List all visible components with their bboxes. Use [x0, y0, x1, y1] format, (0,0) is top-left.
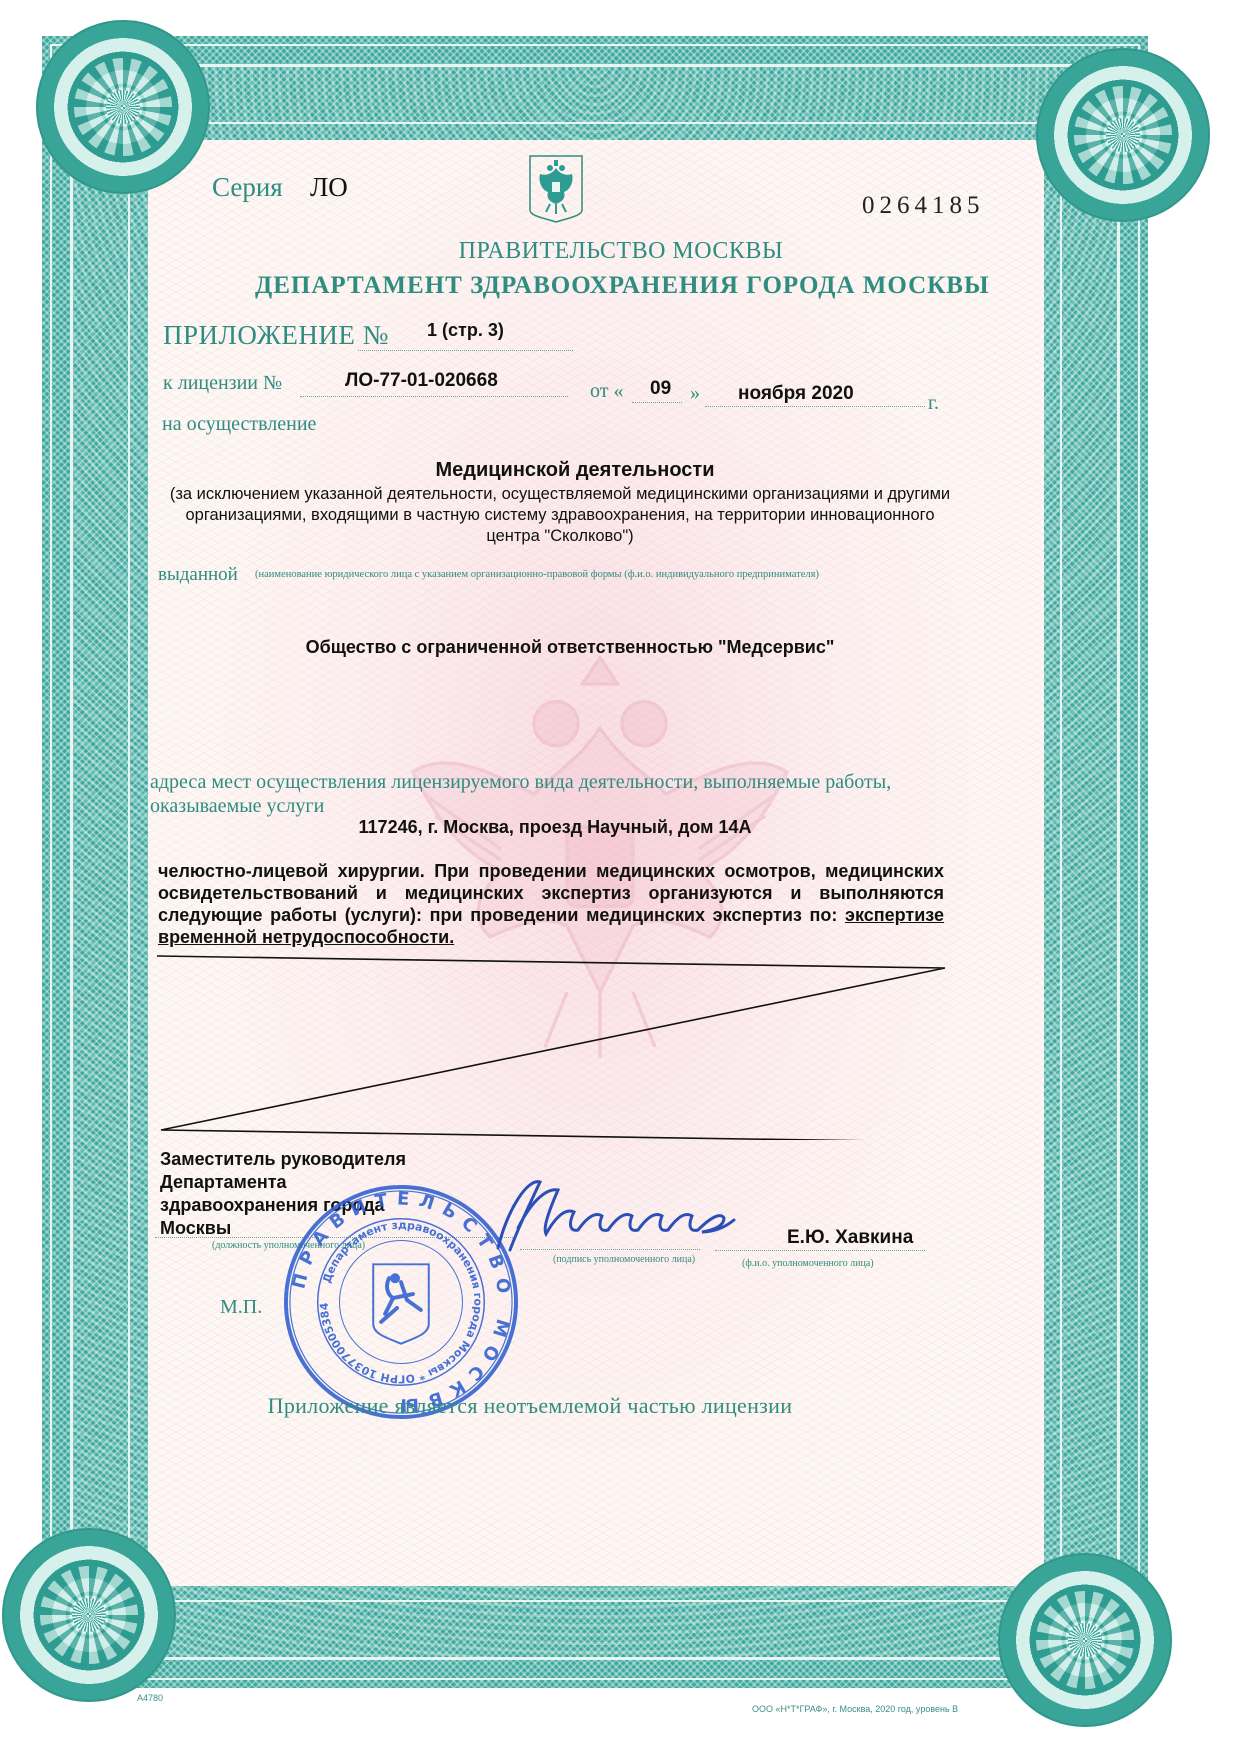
activity-label: на осуществление — [162, 413, 316, 436]
blank-space-cancellation-lines — [155, 950, 955, 1140]
day-close-quote: » — [690, 382, 700, 405]
appendix-label: ПРИЛОЖЕНИЕ № — [163, 320, 389, 351]
license-day: 09 — [650, 378, 671, 400]
year-suffix: г. — [928, 392, 939, 415]
russian-coat-of-arms-icon — [528, 154, 584, 224]
activity-description: (за исключением указанной деятельности, … — [160, 484, 960, 547]
name-hint: (ф.и.о. уполномоченного лица) — [742, 1258, 874, 1269]
rosette-icon — [1036, 48, 1210, 222]
series-value: ЛО — [310, 172, 348, 203]
rosette-icon — [36, 20, 210, 194]
organization-name: Общество с ограниченной ответственностью… — [0, 637, 1140, 658]
department-title: ДЕПАРТАМЕНТ ЗДРАВООХРАНЕНИЯ ГОРОДА МОСКВ… — [255, 272, 990, 300]
month-underline — [705, 406, 925, 407]
appendix-number: 1 (стр. 3) — [427, 320, 504, 341]
form-number: 0264185 — [862, 192, 985, 220]
license-label: к лицензии № — [163, 372, 282, 395]
handwritten-signature — [488, 1168, 768, 1258]
addresses-label: адреса мест осуществления лицензируемого… — [150, 770, 950, 818]
services-text: челюстно-лицевой хирургии. При проведени… — [158, 860, 944, 948]
official-seal-icon: ПРАВИТЕЛЬСТВО МОСКВЫ Департамент здравоо… — [282, 1183, 520, 1421]
services-body: челюстно-лицевой хирургии. При проведени… — [158, 861, 944, 925]
signer-name: Е.Ю. Хавкина — [787, 1227, 913, 1249]
license-month-year: ноября 2020 — [738, 383, 854, 405]
government-title: ПРАВИТЕЛЬСТВО МОСКВЫ — [0, 238, 1242, 265]
footer-note: Приложение является неотъемлемой частью … — [0, 1393, 1060, 1419]
rosette-icon — [2, 1528, 176, 1702]
form-code: А4780 — [137, 1693, 163, 1703]
from-label: от « — [590, 380, 623, 403]
issued-label: выданной — [158, 564, 238, 586]
stamp-label: М.П. — [220, 1296, 262, 1319]
printer-info: ООО «Н*Т*ГРАФ», г. Москва, 2020 год, уро… — [752, 1704, 958, 1714]
appendix-underline — [358, 350, 573, 351]
day-underline — [632, 402, 682, 403]
rosette-icon — [998, 1553, 1172, 1727]
series-label: Серия — [212, 172, 283, 203]
activity-title: Медицинской деятельности — [0, 459, 1150, 482]
license-underline — [300, 396, 568, 397]
issued-hint: (наименование юридического лица с указан… — [255, 569, 819, 580]
license-number: ЛО-77-01-020668 — [345, 370, 498, 392]
address-value: 117246, г. Москва, проезд Научный, дом 1… — [0, 817, 1110, 838]
